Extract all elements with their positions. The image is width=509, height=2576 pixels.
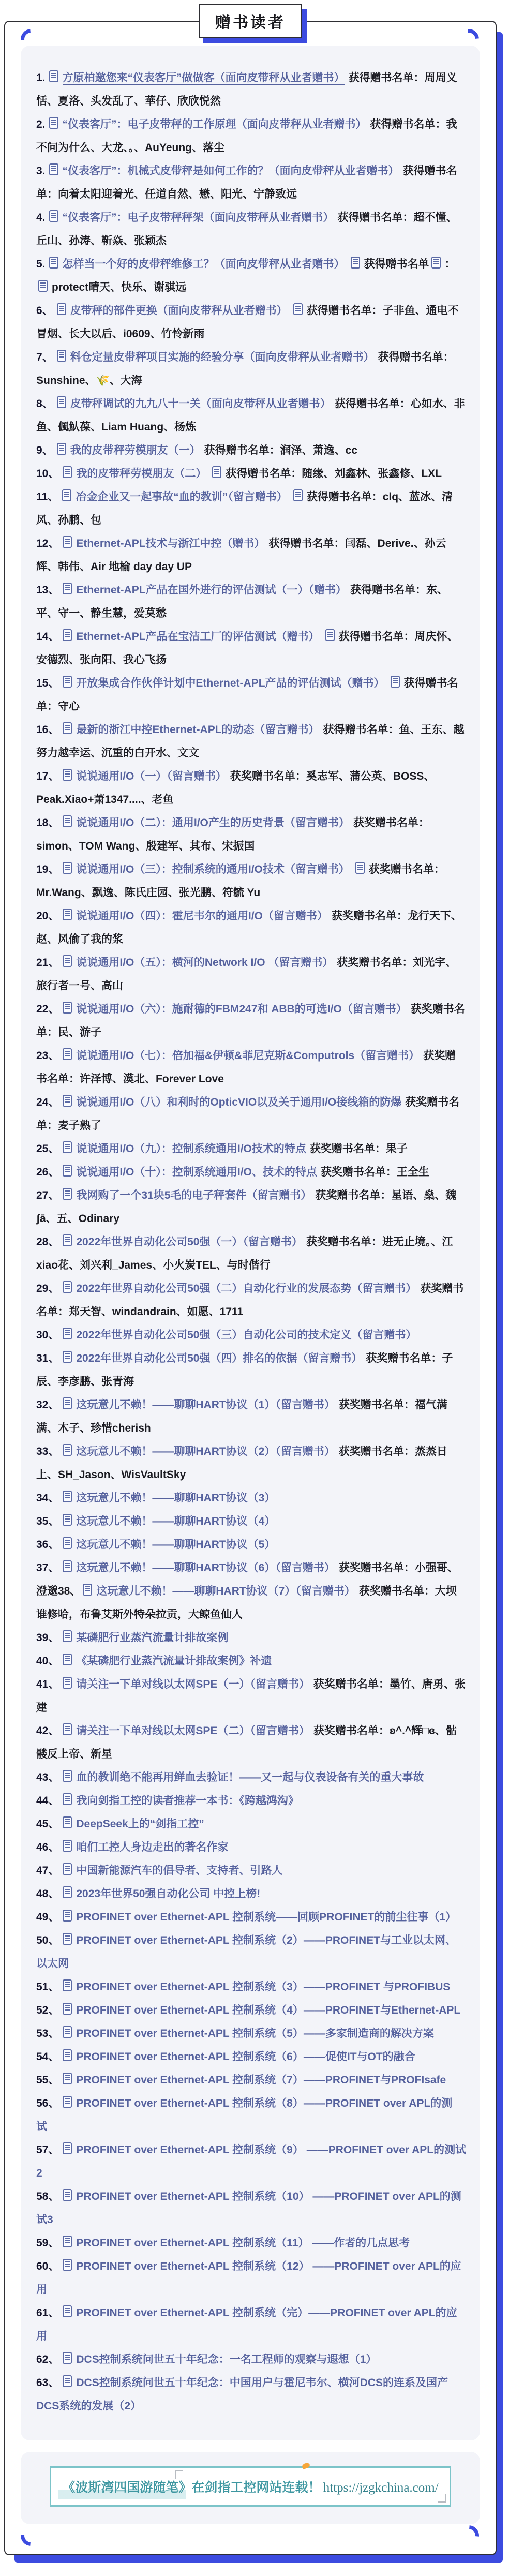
- item-number: 26、: [36, 1166, 59, 1178]
- item-number: 55、: [36, 2074, 59, 2086]
- document-icon: [63, 1444, 72, 1456]
- document-icon: [57, 350, 66, 362]
- item-number: 37、: [36, 1562, 59, 1574]
- article-link[interactable]: PROFINET over Ethernet-APL 控制系统（8）——PROF…: [36, 2097, 452, 2133]
- winners-text: ：: [445, 258, 456, 270]
- item-number: 17、: [36, 770, 59, 782]
- list-item: 34、这玩意儿不赖！——聊聊HART协议（3）: [36, 1486, 467, 1510]
- article-link[interactable]: 我网购了一个31块5毛的电子秤套件（留言赠书）: [76, 1189, 311, 1201]
- article-link[interactable]: PROFINET over Ethernet-APL 控制系统（2）——PROF…: [36, 1934, 456, 1970]
- list-item: 19、说说通用I/O（三）：控制系统的通用I/O技术（留言赠书）获奖赠书名单：M…: [36, 858, 467, 904]
- gift-list: 1.方原柏邀您来“仪表客厅”做做客（面向皮带秤从业者赠书）获得赠书名单：周周义恬…: [21, 46, 480, 2440]
- list-item: 6、皮带秤的部件更换（面向皮带秤从业者赠书）获得赠书名单：子非鱼、通电不冒烟、长…: [36, 299, 467, 346]
- document-icon: [63, 1095, 72, 1107]
- item-number: 14、: [36, 631, 59, 643]
- list-item: 4.“仪表客厅”：电子皮带秤秤架（面向皮带秤从业者赠书）获得赠书名单：超不懂、丘…: [36, 206, 467, 252]
- document-icon: [391, 676, 400, 688]
- item-number: 63、: [36, 2377, 59, 2389]
- document-icon: [63, 1910, 72, 1922]
- document-icon: [63, 862, 72, 874]
- winners-text: 获得赠书名单：润泽、萧逸、cc: [204, 444, 357, 456]
- quote-decoration-bottom-right: [454, 2521, 483, 2550]
- document-icon: [63, 1816, 72, 1828]
- item-number: 16、: [36, 724, 59, 736]
- article-link[interactable]: 2022年世界自动化公司50强（四）排名的依据（留言赠书）: [76, 1352, 362, 1364]
- document-icon: [63, 629, 72, 641]
- list-item: 33、这玩意儿不赖！——聊聊HART协议（2）（留言赠书）获奖赠书名单：蒸蒸日上…: [36, 1440, 467, 1486]
- document-icon: [63, 1328, 72, 1339]
- document-icon: [212, 466, 221, 478]
- document-icon: [63, 2026, 72, 2038]
- article-link[interactable]: 《某磷肥行业蒸汽流量计排故案例》补遗: [76, 1655, 272, 1667]
- list-item: 7、料仓定量皮带秤项目实施的经验分享（面向皮带秤从业者赠书）获得赠书名单：Sun…: [36, 346, 467, 392]
- article-link[interactable]: 说说通用I/O（三）：控制系统的通用I/O技术（留言赠书）: [76, 863, 350, 875]
- item-number: 7、: [36, 351, 53, 363]
- item-number: 31、: [36, 1352, 59, 1364]
- document-icon: [49, 163, 58, 175]
- item-number: 22、: [36, 1003, 59, 1015]
- document-icon: [63, 1188, 72, 1200]
- list-item: 32、这玩意儿不赖！——聊聊HART协议（1）（留言赠书）获奖赠书名单：福气满满…: [36, 1393, 467, 1440]
- list-item: 62、DCS控制系统问世五十年纪念：一名工程师的观察与遐想（1）: [36, 2348, 467, 2371]
- document-icon: [63, 2352, 72, 2364]
- document-icon: [63, 1165, 72, 1177]
- item-number: 46、: [36, 1841, 59, 1853]
- article-link[interactable]: Ethernet-APL产品在国外进行的评估测试（一）（赠书）: [76, 584, 347, 596]
- list-item: 39、某磷肥行业蒸汽流量计排故案例: [36, 1626, 467, 1649]
- article-link[interactable]: 2023年世界50强自动化公司 中控上榜!: [76, 1888, 260, 1900]
- list-item: 24、说说通用I/O（八）和利时的OpticVIO以及关于通用I/O接线箱的防爆…: [36, 1091, 467, 1137]
- item-number: 43、: [36, 1771, 59, 1783]
- item-number: 32、: [36, 1399, 59, 1411]
- document-icon: [63, 1351, 72, 1363]
- document-icon: [63, 769, 72, 781]
- list-item: 50、PROFINET over Ethernet-APL 控制系统（2）——P…: [36, 1929, 467, 1975]
- document-icon: [63, 1514, 72, 1526]
- item-number: 51、: [36, 1981, 59, 1993]
- article-link[interactable]: PROFINET over Ethernet-APL 控制系统——回顾PROFI…: [76, 1911, 456, 1923]
- item-number: 47、: [36, 1865, 59, 1877]
- article-link[interactable]: 2022年世界自动化公司50强（一）（留言赠书）: [76, 1236, 303, 1248]
- item-number: 33、: [36, 1446, 59, 1457]
- article-link[interactable]: 这玩意儿不赖！——聊聊HART协议（5）: [76, 1539, 275, 1551]
- article-link[interactable]: 说说通用I/O（九）：控制系统通用I/O技术的特点: [76, 1143, 306, 1155]
- document-icon: [63, 1002, 72, 1014]
- item-number: 23、: [36, 1050, 59, 1062]
- list-item: 2.“仪表客厅”：电子皮带秤的工作原理（面向皮带秤从业者赠书）获得赠书名单：我不…: [36, 113, 467, 159]
- list-item: 53、PROFINET over Ethernet-APL 控制系统（5）——多…: [36, 2022, 467, 2045]
- article-link[interactable]: 我的皮带秤劳模朋友（二）: [76, 468, 206, 480]
- article-link[interactable]: PROFINET over Ethernet-APL 控制系统（11） ——作者…: [76, 2237, 410, 2249]
- list-item: 57、PROFINET over Ethernet-APL 控制系统（9） ——…: [36, 2138, 467, 2185]
- winners-text: protect晴天、快乐、谢骐远: [52, 281, 186, 293]
- item-number: 25、: [36, 1143, 59, 1155]
- article-link[interactable]: 说说通用I/O（十）：控制系统通用I/O、技术的特点: [76, 1166, 317, 1178]
- orange-accent-decoration: [302, 2462, 310, 2469]
- article-link[interactable]: 说说通用I/O（六）：施耐德的FBM247和 ABB的可选I/O（留言赠书）: [76, 1003, 407, 1015]
- item-number: 28、: [36, 1236, 59, 1248]
- article-link[interactable]: 皮带秤的部件更换（面向皮带秤从业者赠书）: [70, 305, 288, 317]
- article-link[interactable]: 说说通用I/O（一）（留言赠书）: [76, 770, 227, 782]
- list-item: 61、PROFINET over Ethernet-APL 控制系统（完）——P…: [36, 2301, 467, 2348]
- item-number: 11、: [36, 491, 58, 503]
- article-link[interactable]: 请关注一下单对线以太网SPE（二）（留言赠书）: [76, 1725, 310, 1737]
- item-number: 62、: [36, 2354, 59, 2365]
- item-number: 8、: [36, 398, 53, 410]
- article-link[interactable]: 这玩意儿不赖！——聊聊HART协议（3）: [76, 1492, 275, 1504]
- article-link[interactable]: PROFINET over Ethernet-APL 控制系统（完）——PROF…: [36, 2307, 457, 2342]
- document-icon: [63, 1141, 72, 1153]
- document-icon: [63, 1630, 72, 1642]
- item-number: 21、: [36, 957, 59, 969]
- article-link[interactable]: 说说通用I/O（五）：横河的Network I/O （留言赠书）: [76, 957, 333, 969]
- item-number: 1.: [36, 72, 46, 84]
- list-item: 5.怎样当一个好的皮带秤维修工？（面向皮带秤从业者赠书）获得赠书名单：prote…: [36, 252, 467, 299]
- document-icon: [63, 1654, 72, 1665]
- article-link[interactable]: 这玩意儿不赖！——聊聊HART协议（7）（留言赠书）: [96, 1585, 355, 1597]
- document-icon: [63, 2305, 72, 2317]
- article-link[interactable]: 我的皮带秤劳模朋友（一）: [70, 444, 201, 456]
- document-icon: [63, 2259, 72, 2271]
- list-item: 43、血的教训绝不能再用鲜血去验证！——又一起与仪表设备有关的重大事故: [36, 1766, 467, 1789]
- item-number: 5.: [36, 258, 46, 270]
- article-link[interactable]: 料仓定量皮带秤项目实施的经验分享（面向皮带秤从业者赠书）: [70, 351, 375, 363]
- article-link[interactable]: 某磷肥行业蒸汽流量计排故案例: [76, 1632, 228, 1644]
- article-link[interactable]: PROFINET over Ethernet-APL 控制系统（5）——多家制造…: [76, 2028, 434, 2039]
- article-link[interactable]: PROFINET over Ethernet-APL 控制系统（4）——PROF…: [76, 2004, 460, 2016]
- item-number: 2.: [36, 118, 46, 130]
- article-link[interactable]: 中国新能源汽车的倡导者、支持者、引路人: [76, 1865, 282, 1877]
- list-item: 49、PROFINET over Ethernet-APL 控制系统——回顾PR…: [36, 1905, 467, 1929]
- item-number: 57、: [36, 2144, 59, 2156]
- article-link[interactable]: “仪表客厅”：电子皮带秤的工作原理（面向皮带秤从业者赠书）: [63, 118, 367, 130]
- list-item: 8、皮带秤调试的九九八十一关（面向皮带秤从业者赠书）获得赠书名单：心如水、非鱼、…: [36, 392, 467, 439]
- winners-text: 获奖赠书名单：果子: [310, 1143, 408, 1155]
- list-item: 14、Ethernet-APL产品在宝洁工厂的评估测试（赠书）获得赠书名单：周庆…: [36, 625, 467, 672]
- article-link[interactable]: PROFINET over Ethernet-APL 控制系统（12） ——PR…: [36, 2260, 461, 2296]
- document-icon: [49, 117, 58, 129]
- document-icon: [63, 1979, 72, 1991]
- list-item: 56、PROFINET over Ethernet-APL 控制系统（8）——P…: [36, 2092, 467, 2138]
- article-link[interactable]: 2022年世界自动化公司50强（三）自动化公司的技术定义（留言赠书）: [76, 1329, 416, 1341]
- list-item: 21、说说通用I/O（五）：横河的Network I/O （留言赠书）获奖赠书名…: [36, 951, 467, 997]
- footer-text: 《波斯湾四国游随笔》在剑指工控网站连载！: [62, 2480, 321, 2495]
- list-item: 40、《某磷肥行业蒸汽流量计排故案例》补遗: [36, 1649, 467, 1673]
- article-link[interactable]: DCS控制系统问世五十年纪念：一名工程师的观察与遐想（1）: [76, 2354, 377, 2365]
- list-item: 26、说说通用I/O（十）：控制系统通用I/O、技术的特点获奖赠书名单：王全生: [36, 1160, 467, 1184]
- article-link[interactable]: PROFINET over Ethernet-APL 控制系统（7）——PROF…: [76, 2074, 446, 2086]
- list-item: 36、这玩意儿不赖！——聊聊HART协议（5）: [36, 1533, 467, 1556]
- document-icon: [49, 257, 58, 269]
- document-icon: [63, 2049, 72, 2061]
- winners-text: 获得赠书名单：随缘、刘鑫林、张鑫修、LXL: [226, 468, 442, 480]
- list-item: 31、2022年世界自动化公司50强（四）排名的依据（留言赠书）获奖赠书名单：子…: [36, 1347, 467, 1393]
- item-number: 56、: [36, 2097, 59, 2109]
- item-number: 58、: [36, 2191, 59, 2202]
- item-number: 12、: [36, 538, 59, 549]
- article-link[interactable]: 说说通用I/O（四）：霍尼韦尔的通用I/O（留言赠书）: [76, 910, 328, 922]
- list-item: 11、冶金企业又一起事故“血的教训”（留言赠书）获得赠书名单：clq、蓝冰、清风…: [36, 485, 467, 532]
- list-item: 10、我的皮带秤劳模朋友（二）获得赠书名单：随缘、刘鑫林、张鑫修、LXL: [36, 462, 467, 485]
- item-number: 30、: [36, 1329, 59, 1341]
- item-number: 40、: [36, 1655, 59, 1667]
- list-item: 47、中国新能源汽车的倡导者、支持者、引路人: [36, 1859, 467, 1882]
- article-link[interactable]: 说说通用I/O（七）：倍加福&伊顿&菲尼克斯&Computrols（留言赠书）: [76, 1050, 420, 1062]
- article-link[interactable]: 怎样当一个好的皮带秤维修工？（面向皮带秤从业者赠书）: [63, 258, 345, 270]
- item-number: 18、: [36, 817, 59, 829]
- article-link[interactable]: 请关注一下单对线以太网SPE（一）（留言赠书）: [76, 1678, 310, 1690]
- article-link[interactable]: 咱们工控人身边走出的著名作家: [76, 1841, 228, 1853]
- list-item: 37、这玩意儿不赖！——聊聊HART协议（6）（留言赠书）获奖赠书名单：小强哥、…: [36, 1556, 467, 1626]
- article-link[interactable]: 开放集成合作伙伴计划中Ethernet-APL产品的评估测试（赠书）: [76, 677, 384, 689]
- item-number: 4.: [36, 212, 46, 224]
- item-number: 42、: [36, 1725, 59, 1737]
- document-icon: [63, 1048, 72, 1060]
- item-number: 19、: [36, 863, 59, 875]
- item-number: 10、: [36, 468, 59, 480]
- footer-banner: 《波斯湾四国游随笔》在剑指工控网站连载！ https://jzgkchina.c…: [50, 2466, 451, 2507]
- list-item: 16、最新的浙江中控Ethernet-APL的动态（留言赠书）获得赠书名单：鱼、…: [36, 718, 467, 765]
- document-icon: [293, 303, 303, 315]
- document-icon: [293, 489, 303, 501]
- list-item: 23、说说通用I/O（七）：倍加福&伊顿&菲尼克斯&Computrols（留言赠…: [36, 1044, 467, 1091]
- item-number: 34、: [36, 1492, 59, 1504]
- document-icon: [49, 210, 58, 222]
- document-icon: [57, 443, 66, 455]
- document-icon: [63, 1560, 72, 1572]
- document-icon: [57, 303, 66, 315]
- article-link[interactable]: Ethernet-APL产品在宝洁工厂的评估测试（赠书）: [76, 631, 319, 643]
- document-icon: [63, 1234, 72, 1246]
- document-icon: [63, 1677, 72, 1689]
- document-icon: [63, 815, 72, 827]
- item-number: 53、: [36, 2028, 59, 2039]
- document-icon: [325, 629, 335, 641]
- document-icon: [355, 862, 365, 874]
- list-item: 60、PROFINET over Ethernet-APL 控制系统（12） —…: [36, 2255, 467, 2301]
- list-item: 54、PROFINET over Ethernet-APL 控制系统（6）——促…: [36, 2045, 467, 2068]
- article-link[interactable]: Ethernet-APL技术与浙江中控（赠书）: [76, 538, 265, 549]
- list-item: 35、这玩意儿不赖！——聊聊HART协议（4）: [36, 1510, 467, 1533]
- footer-url: https://jzgkchina.com/: [323, 2481, 439, 2495]
- quote-decoration-bottom-left: [17, 2521, 46, 2550]
- list-item: 20、说说通用I/O（四）：霍尼韦尔的通用I/O（留言赠书）获奖赠书名单：龙行天…: [36, 904, 467, 951]
- list-item: 15、开放集成合作伙伴计划中Ethernet-APL产品的评估测试（赠书）获得赠…: [36, 672, 467, 718]
- item-number: 41、: [36, 1678, 59, 1690]
- document-icon: [63, 1933, 72, 1945]
- item-number: 27、: [36, 1189, 59, 1201]
- document-icon: [49, 70, 58, 82]
- item-number: 35、: [36, 1515, 59, 1527]
- list-item: 52、PROFINET over Ethernet-APL 控制系统（4）——P…: [36, 1999, 467, 2022]
- document-icon: [63, 676, 72, 688]
- article-link[interactable]: 2022年世界自动化公司50强（二）自动化行业的发展态势（留言赠书）: [76, 1283, 416, 1294]
- article-link[interactable]: PROFINET over Ethernet-APL 控制系统（6）——促使IT…: [76, 2051, 415, 2063]
- item-number: 36、: [36, 1539, 59, 1551]
- main-frame: 赠书读者 1.方原柏邀您来“仪表客厅”做做客（面向皮带秤从业者赠书）获得赠书名单…: [4, 21, 497, 2555]
- article-link[interactable]: 血的教训绝不能再用鲜血去验证！——又一起与仪表设备有关的重大事故: [76, 1771, 424, 1783]
- list-item: 1.方原柏邀您来“仪表客厅”做做客（面向皮带秤从业者赠书）获得赠书名单：周周义恬…: [36, 66, 467, 113]
- list-item: 9、我的皮带秤劳模朋友（一）获得赠书名单：润泽、萧逸、cc: [36, 439, 467, 462]
- document-icon: [38, 280, 48, 292]
- list-item: 44、我向剑指工控的读者推荐一本书：《跨越鸿沟》: [36, 1789, 467, 1812]
- footer-panel: 《波斯湾四国游随笔》在剑指工控网站连载！ https://jzgkchina.c…: [21, 2452, 480, 2524]
- article-link[interactable]: DeepSeek上的“剑指工控”: [76, 1818, 204, 1830]
- document-icon: [63, 909, 72, 920]
- list-item: 22、说说通用I/O（六）：施耐德的FBM247和 ABB的可选I/O（留言赠书…: [36, 997, 467, 1044]
- article-link[interactable]: PROFINET over Ethernet-APL 控制系统（9） ——PRO…: [36, 2144, 466, 2179]
- list-item: 18、说说通用I/O（二）：通用I/O产生的历史背景（留言赠书）获奖赠书名单：s…: [36, 811, 467, 858]
- list-item: 48、2023年世界50强自动化公司 中控上榜!: [36, 1882, 467, 1905]
- list-item: 17、说说通用I/O（一）（留言赠书）获奖赠书名单：奚志军、蒲公英、BOSS、P…: [36, 765, 467, 811]
- page: 赠书读者 1.方原柏邀您来“仪表客厅”做做客（面向皮带秤从业者赠书）获得赠书名单…: [0, 0, 509, 2555]
- document-icon: [63, 722, 72, 734]
- item-number: 15、: [36, 677, 59, 689]
- article-link[interactable]: 说说通用I/O（二）：通用I/O产生的历史背景（留言赠书）: [76, 817, 350, 829]
- document-icon: [57, 396, 66, 408]
- list-item: 51、PROFINET over Ethernet-APL 控制系统（3）——P…: [36, 1975, 467, 1999]
- list-item: 25、说说通用I/O（九）：控制系统通用I/O技术的特点获奖赠书名单：果子: [36, 1137, 467, 1160]
- document-icon: [63, 2073, 72, 2084]
- list-item: 59、PROFINET over Ethernet-APL 控制系统（11） —…: [36, 2231, 467, 2255]
- item-number: 6、: [36, 305, 53, 317]
- item-number: 39、: [36, 1632, 59, 1644]
- document-icon: [351, 257, 360, 269]
- item-number: 9、: [36, 444, 53, 456]
- document-icon: [63, 2096, 72, 2108]
- item-number: 52、: [36, 2004, 59, 2016]
- document-icon: [63, 1281, 72, 1293]
- document-icon: [63, 2142, 72, 2154]
- document-icon: [63, 1397, 72, 1409]
- item-number: 59、: [36, 2237, 59, 2249]
- article-link[interactable]: “仪表客厅”：机械式皮带秤是如何工作的？（面向皮带秤从业者赠书）: [63, 165, 399, 177]
- document-icon: [431, 257, 441, 269]
- article-link[interactable]: 冶金企业又一起事故“血的教训”（留言赠书）: [76, 491, 288, 503]
- corner-bracket-top-left: [175, 2470, 183, 2479]
- list-item: 46、咱们工控人身边走出的著名作家: [36, 1836, 467, 1859]
- item-number: 48、: [36, 1888, 59, 1900]
- list-item: 3.“仪表客厅”：机械式皮带秤是如何工作的？（面向皮带秤从业者赠书）获得赠书名单…: [36, 159, 467, 206]
- list-item: 27、我网购了一个31块5毛的电子秤套件（留言赠书）获奖赠书名单：星语、燊、魏ʃ…: [36, 1184, 467, 1230]
- item-number: 49、: [36, 1911, 59, 1923]
- article-link[interactable]: 这玩意儿不赖！——聊聊HART协议（4）: [76, 1515, 275, 1527]
- document-icon: [63, 536, 72, 548]
- item-number: 50、: [36, 1934, 59, 1946]
- article-link[interactable]: PROFINET over Ethernet-APL 控制系统（10） ——PR…: [36, 2191, 461, 2226]
- article-link[interactable]: DCS控制系统问世五十年纪念：中国用户与霍尼韦尔、横河DCS的连系及国产DCS系…: [36, 2377, 448, 2412]
- document-icon: [63, 2375, 72, 2387]
- document-icon: [83, 1584, 92, 1596]
- winners-text: 获奖赠书名单：王全生: [321, 1166, 429, 1178]
- article-link[interactable]: PROFINET over Ethernet-APL 控制系统（3）——PROF…: [76, 1981, 450, 1993]
- document-icon: [63, 1491, 72, 1502]
- article-link[interactable]: “仪表客厅”：电子皮带秤秤架（面向皮带秤从业者赠书）: [63, 212, 334, 224]
- list-item: 45、DeepSeek上的“剑指工控”: [36, 1812, 467, 1836]
- article-link[interactable]: 说说通用I/O（八）和利时的OpticVIO以及关于通用I/O接线箱的防爆: [76, 1096, 401, 1108]
- article-link[interactable]: 这玩意儿不赖！——聊聊HART协议（6）（留言赠书）: [76, 1562, 335, 1574]
- item-number: 44、: [36, 1795, 59, 1807]
- item-number: 13、: [36, 584, 59, 596]
- list-item: 41、请关注一下单对线以太网SPE（一）（留言赠书）获奖赠书名单：墨竹、唐勇、张…: [36, 1673, 467, 1719]
- item-number: 20、: [36, 910, 59, 922]
- document-icon: [63, 1840, 72, 1852]
- item-number: 61、: [36, 2307, 59, 2319]
- document-icon: [63, 2189, 72, 2201]
- item-number: 60、: [36, 2260, 59, 2272]
- document-icon: [63, 1770, 72, 1782]
- article-link[interactable]: 我向剑指工控的读者推荐一本书：《跨越鸿沟》: [76, 1795, 299, 1807]
- document-icon: [63, 1793, 72, 1805]
- document-icon: [63, 1863, 72, 1875]
- item-number: 3.: [36, 165, 46, 177]
- list-item: 13、Ethernet-APL产品在国外进行的评估测试（一）（赠书）获得赠书名单…: [36, 578, 467, 625]
- document-icon: [63, 955, 72, 967]
- document-icon: [63, 1537, 72, 1549]
- page-title: 赠书读者: [215, 14, 286, 32]
- item-number: 24、: [36, 1096, 59, 1108]
- article-link[interactable]: 这玩意儿不赖！——聊聊HART协议（1）（留言赠书）: [76, 1399, 335, 1411]
- article-link[interactable]: 皮带秤调试的九九八十一关（面向皮带秤从业者赠书）: [70, 398, 331, 410]
- winners-text: 获得赠书名单: [364, 258, 429, 270]
- list-item: 29、2022年世界自动化公司50强（二）自动化行业的发展态势（留言赠书）获奖赠…: [36, 1277, 467, 1323]
- article-link[interactable]: 这玩意儿不赖！——聊聊HART协议（2）（留言赠书）: [76, 1446, 335, 1457]
- list-item: 55、PROFINET over Ethernet-APL 控制系统（7）——P…: [36, 2068, 467, 2092]
- item-number: 29、: [36, 1283, 59, 1294]
- list-item: 12、Ethernet-APL技术与浙江中控（赠书）获得赠书名单：闫磊、Deri…: [36, 532, 467, 578]
- document-icon: [63, 1886, 72, 1898]
- list-item: 28、2022年世界自动化公司50强（一）（留言赠书）获奖赠书名单：进无止境。、…: [36, 1230, 467, 1277]
- list-item: 63、DCS控制系统问世五十年纪念：中国用户与霍尼韦尔、横河DCS的连系及国产D…: [36, 2371, 467, 2418]
- document-icon: [63, 2236, 72, 2247]
- article-link[interactable]: 方原柏邀您来“仪表客厅”做做客（面向皮带秤从业者赠书）: [63, 72, 345, 85]
- item-number: 54、: [36, 2051, 59, 2063]
- document-icon: [62, 489, 71, 501]
- list-item: 42、请关注一下单对线以太网SPE（二）（留言赠书）获奖赠书名单：ʚ^.^辉□ɞ…: [36, 1719, 467, 1766]
- article-link[interactable]: 最新的浙江中控Ethernet-APL的动态（留言赠书）: [76, 724, 319, 736]
- document-icon: [63, 2003, 72, 2015]
- list-item: 30、2022年世界自动化公司50强（三）自动化公司的技术定义（留言赠书）: [36, 1323, 467, 1347]
- title-box: 赠书读者: [199, 4, 302, 38]
- document-icon: [63, 1723, 72, 1735]
- corner-bracket-bottom-right: [438, 2494, 446, 2503]
- document-icon: [63, 466, 72, 478]
- item-number: 45、: [36, 1818, 59, 1830]
- document-icon: [63, 583, 72, 594]
- list-item: 58、PROFINET over Ethernet-APL 控制系统（10） —…: [36, 2185, 467, 2231]
